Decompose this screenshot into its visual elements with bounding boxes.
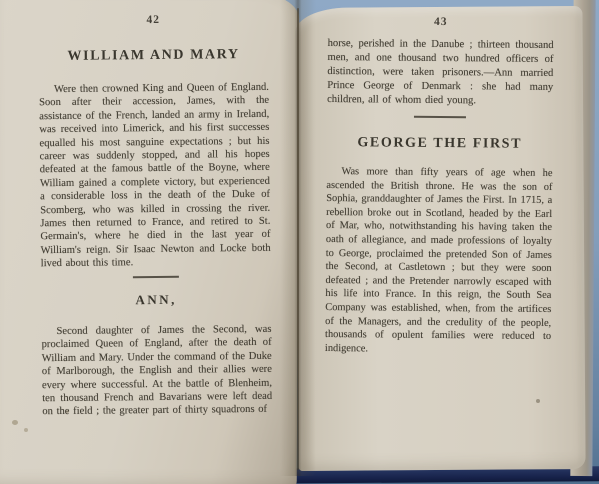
paragraph-ann-continuation: horse, perished in the Danube ; thirteen… xyxy=(327,37,554,109)
right-page-number: 43 xyxy=(328,15,554,29)
section-heading-william-and-mary: WILLIAM AND MARY xyxy=(39,47,269,65)
section-heading-ann: ANN, xyxy=(41,291,271,309)
age-spot xyxy=(536,399,540,403)
section-heading-george-the-first: GEORGE THE FIRST xyxy=(327,135,553,153)
paragraph-george-the-first: Was more than fifty years of age when he… xyxy=(325,165,553,357)
left-page-number: 42 xyxy=(38,13,268,27)
paragraph-william-and-mary: Were then crowned King and Queen of Engl… xyxy=(39,81,271,271)
book-photo: 42 WILLIAM AND MARY Were then crowned Ki… xyxy=(0,0,599,484)
age-spot xyxy=(24,428,28,432)
section-divider-rule xyxy=(414,116,466,118)
age-spot xyxy=(12,420,18,425)
paragraph-ann: Second daughter of James the Second, was… xyxy=(41,323,272,419)
book-spine-line xyxy=(297,8,299,470)
